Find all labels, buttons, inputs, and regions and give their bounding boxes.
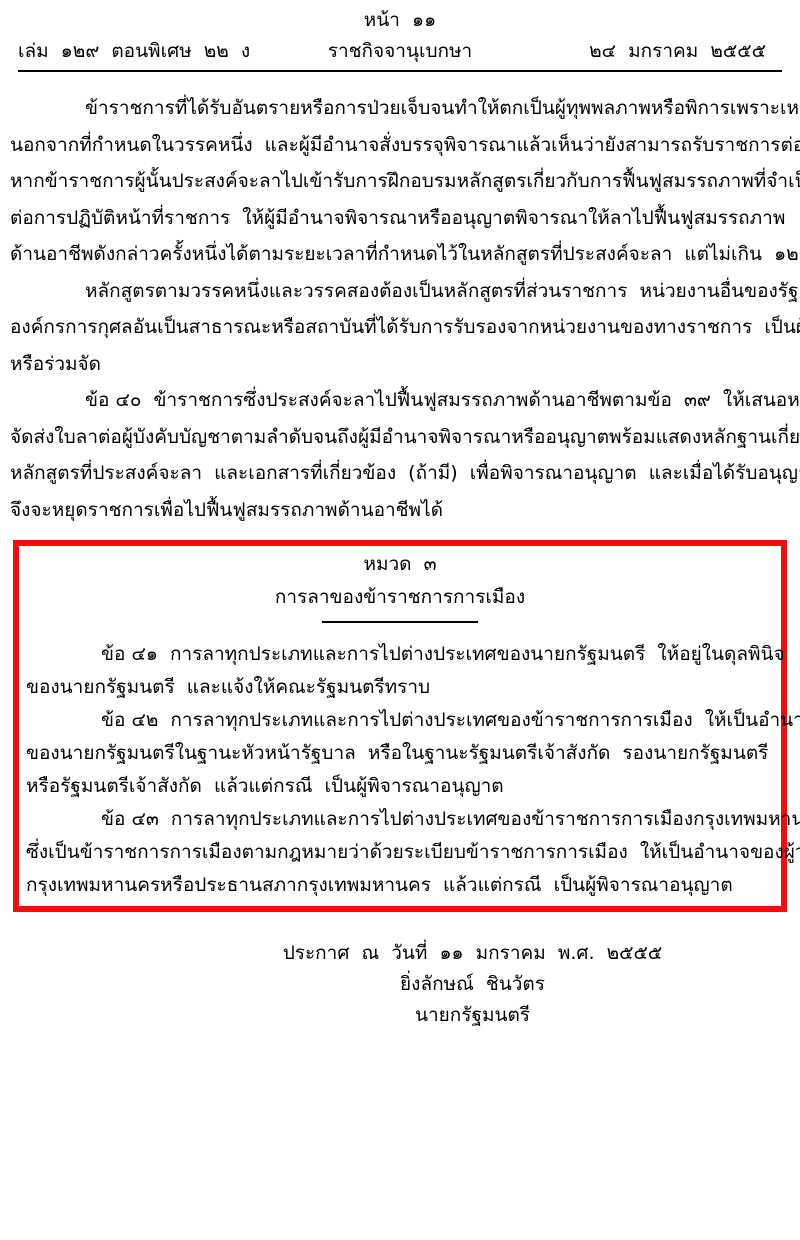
paragraph-clause-41: ข้อ ๔๑ การลาทุกประเภทและการไปต่างประเทศข… [26,638,774,704]
text-line: ต่อการปฏิบัติหน้าที่ราชการ ให้ผู้มีอำนาจ… [10,200,790,237]
paragraph-course-requirements: หลักสูตรตามวรรคหนึ่งและวรรคสองต้องเป็นหล… [10,273,790,383]
document-body: ข้าราชการที่ได้รับอันตรายหรือการป่วยเจ็บ… [10,90,790,1031]
text-line: หลักสูตรที่ประสงค์จะลา และเอกสารที่เกี่ย… [10,455,790,492]
chapter-label: หมวด ๓ [26,548,774,581]
text-line: ข้อ ๔๓ การลาทุกประเภทและการไปต่างประเทศข… [26,803,774,836]
paragraph-clause-43: ข้อ ๔๓ การลาทุกประเภทและการไปต่างประเทศข… [26,803,774,902]
announcement-date-line: ประกาศ ณ วันที่ ๑๑ มกราคม พ.ศ. ๒๕๕๕ [155,938,790,969]
text-line: จัดส่งใบลาต่อผู้บังคับบัญชาตามลำดับจนถึง… [10,419,790,456]
text-line: ข้อ ๔๐ ข้าราชการซึ่งประสงค์จะลาไปฟื้นฟูส… [10,382,790,419]
text-line: หรือร่วมจัด [10,346,790,383]
paragraph-disability-leave: ข้าราชการที่ได้รับอันตรายหรือการป่วยเจ็บ… [10,90,790,273]
text-line: จึงจะหยุดราชการเพื่อไปฟื้นฟูสมรรถภาพด้าน… [10,492,790,529]
red-highlight-box: หมวด ๓ การลาของข้าราชการการเมือง ข้อ ๔๑ … [13,540,787,912]
chapter-title: การลาของข้าราชการการเมือง [26,581,774,614]
page-number-label: หน้า ๑๑ [0,6,800,34]
text-line: นอกจากที่กำหนดในวรรคหนึ่ง และผู้มีอำนาจส… [10,127,790,164]
text-line: หลักสูตรตามวรรคหนึ่งและวรรคสองต้องเป็นหล… [10,273,790,310]
gazette-header-row: เล่ม ๑๒๙ ตอนพิเศษ ๒๒ ง ราชกิจจานุเบกษา ๒… [18,36,782,66]
text-line: ของนายกรัฐมนตรี และแจ้งให้คณะรัฐมนตรีทรา… [26,671,774,704]
text-line: หากข้าราชการผู้นั้นประสงค์จะลาไปเข้ารับก… [10,163,790,200]
text-line: ข้อ ๔๒ การลาทุกประเภทและการไปต่างประเทศข… [26,704,774,737]
text-line: ซึ่งเป็นข้าราชการการเมืองตามกฎหมายว่าด้ว… [26,836,774,869]
paragraph-clause-42: ข้อ ๔๒ การลาทุกประเภทและการไปต่างประเทศข… [26,704,774,803]
text-line: ด้านอาชีพดังกล่าวครั้งหนึ่งได้ตามระยะเวล… [10,236,790,273]
text-line: หรือรัฐมนตรีเจ้าสังกัด แล้วแต่กรณี เป็นผ… [26,770,774,803]
text-line: องค์กรการกุศลอันเป็นสาธารณะหรือสถาบันที่… [10,309,790,346]
chapter-divider-line [322,621,478,623]
gazette-page: หน้า ๑๑ เล่ม ๑๒๙ ตอนพิเศษ ๒๒ ง ราชกิจจาน… [0,0,800,1031]
publication-date: ๒๔ มกราคม ๒๕๕๕ [589,36,766,66]
text-line: ข้อ ๔๑ การลาทุกประเภทและการไปต่างประเทศข… [26,638,774,671]
paragraph-clause-40: ข้อ ๔๐ ข้าราชการซึ่งประสงค์จะลาไปฟื้นฟูส… [10,382,790,528]
header-divider-line [18,70,782,72]
text-line: ของนายกรัฐมนตรีในฐานะหัวหน้ารัฐบาล หรือใ… [26,737,774,770]
signer-title: นายกรัฐมนตรี [155,1000,790,1031]
signer-name: ยิ่งลักษณ์ ชินวัตร [155,969,790,1000]
text-line: ข้าราชการที่ได้รับอันตรายหรือการป่วยเจ็บ… [10,90,790,127]
signature-block: ประกาศ ณ วันที่ ๑๑ มกราคม พ.ศ. ๒๕๕๕ ยิ่ง… [10,938,790,1031]
text-line: กรุงเทพมหานครหรือประธานสภากรุงเทพมหานคร … [26,869,774,902]
